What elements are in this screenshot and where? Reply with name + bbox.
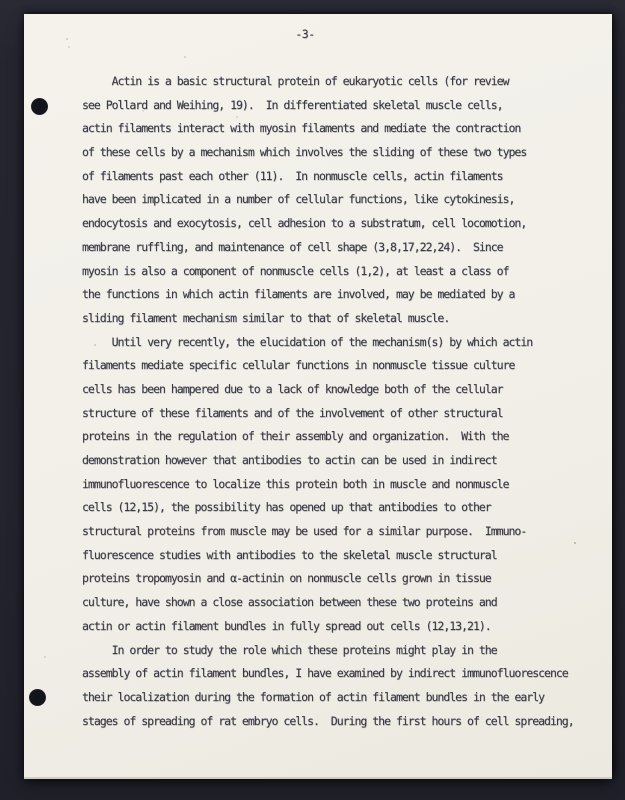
text-line: cells (12,15), the possibility has opene… (82, 496, 606, 520)
text-line: stages of spreading of rat embryo cells.… (82, 710, 606, 734)
text-line: demonstration however that antibodies to… (82, 449, 606, 473)
text-line: cells has been hampered due to a lack of… (82, 378, 606, 402)
text-line: endocytosis and exocytosis, cell adhesio… (82, 212, 606, 236)
text-line: the functions in which actin filaments a… (82, 283, 606, 307)
text-line: assembly of actin filament bundles, I ha… (82, 662, 606, 686)
text-line: myosin is also a component of nonmuscle … (82, 260, 606, 284)
text-line: proteins tropomyosin and α-actinin on no… (82, 567, 606, 591)
paper-dust-specks (24, 14, 26, 16)
text-line: In order to study the role which these p… (82, 639, 606, 663)
text-line: Until very recently, the elucidation of … (82, 331, 606, 355)
text-line: Actin is a basic structural protein of e… (82, 70, 606, 94)
text-line: of filaments past each other (11). In no… (82, 165, 606, 189)
text-line: proteins in the regulation of their asse… (82, 425, 606, 449)
text-line: fluorescence studies with antibodies to … (82, 544, 606, 568)
text-line: filaments mediate specific cellular func… (82, 354, 606, 378)
text-line: have been implicated in a number of cell… (82, 188, 606, 212)
text-line: see Pollard and Weihing, 19). In differe… (82, 94, 606, 118)
text-line: actin filaments interact with myosin fil… (82, 117, 606, 141)
text-line: actin or actin filament bundles in fully… (82, 615, 606, 639)
document-page: -3- Actin is a basic structural protein … (24, 14, 612, 777)
page-number: -3- (24, 27, 586, 41)
punch-hole-bottom (29, 689, 46, 706)
text-line: of these cells by a mechanism which invo… (82, 141, 606, 165)
text-line: sliding filament mechanism similar to th… (82, 307, 606, 331)
text-line: structural proteins from muscle may be u… (82, 520, 606, 544)
text-line: culture, have shown a close association … (82, 591, 606, 615)
text-line: immunofluorescence to localize this prot… (82, 473, 606, 497)
punch-hole-top (31, 98, 48, 115)
scanner-background: -3- Actin is a basic structural protein … (0, 0, 625, 800)
text-line: their localization during the formation … (82, 686, 606, 710)
text-line: membrane ruffling, and maintenance of ce… (82, 236, 606, 260)
text-line: structure of these filaments and of the … (82, 402, 606, 426)
text-block: Actin is a basic structural protein of e… (82, 70, 606, 733)
